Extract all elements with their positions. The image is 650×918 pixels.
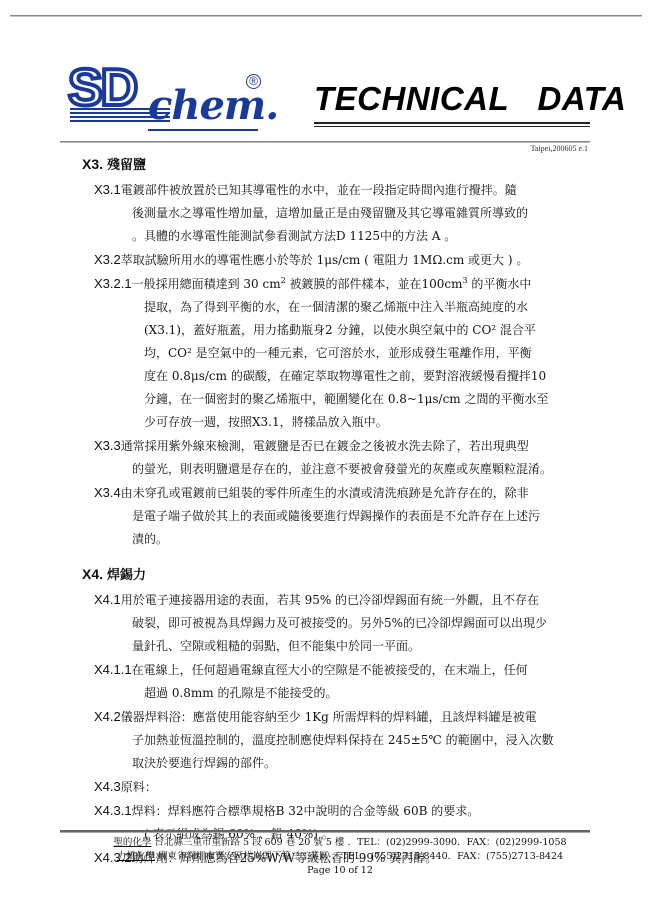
text-line: 。具體的水導電性能測試參看測試方法D 1125中的方法 A 。 xyxy=(94,225,602,248)
paragraph-x3-1: X3.1電鍍部件被放置於已知其導電性的水中，並在一段指定時間內進行攪拌。隨 後測… xyxy=(94,178,602,248)
registered-icon: ® xyxy=(246,74,261,89)
paragraph-x3-3: X3.3通常採用紫外線來檢測，電鍍鹽是否已在鍍金之後被水洗去除了，若出現典型 的… xyxy=(94,434,602,481)
text-line: 在電線上，任何超過電線直徑大小的空隙是不能被接受的，在末端上，任何 xyxy=(132,663,528,677)
company-name: 力橋化學 xyxy=(117,851,155,862)
text-line: 是電子端子做於其上的表面或隨後要進行焊錫操作的表面是不允許存在上述污 xyxy=(94,505,602,528)
company-name: 聖的化學 xyxy=(113,837,151,848)
company-address: 台北縣三重市重新路 5 段 609 巷 20 號 5 樓 xyxy=(151,837,347,848)
logo-chem-text: chem. xyxy=(148,82,278,129)
paragraph-x3-2-1: X3.2.1一般採用總面積達到 30 cm2 被鍍膜的部件樣本，並在100cm3… xyxy=(94,272,602,434)
section-title: 焊錫力 xyxy=(107,568,146,583)
text-line: 度在 0.8μs/cm 的碳酸，在確定萃取物導電性之前，要對溶液緩慢看攪拌10 xyxy=(94,365,602,388)
header-rule xyxy=(60,141,590,143)
section-heading-x3: X3.殘留鹽 xyxy=(82,154,602,178)
text-line: 破裂，即可被視為具焊錫力及可被接受的。另外5%的已冷卻焊錫面可以出現少 xyxy=(94,612,602,635)
clause-number: X4.3 xyxy=(94,779,121,794)
text-line: 漬的。 xyxy=(94,528,602,551)
text-line: 由未穿孔或電鍍前已組裝的零件所產生的水漬或清洗痕跡是允許存在的，除非 xyxy=(121,486,529,500)
text-line: 通常採用紫外線來檢測，電鍍鹽是否已在鍍金之後被水洗去除了，若出現典型 xyxy=(121,439,529,453)
clause-number: X3.2 xyxy=(94,252,121,267)
text-fragment: 被鍍膜的部件樣本，並在100cm xyxy=(286,277,463,291)
footer-rule xyxy=(60,830,590,833)
section-number: X4. xyxy=(82,566,103,582)
text-line: 分鐘，在一個密封的聚乙烯瓶中，範圍變化在 0.8~1μs/cm 之間的平衡水至 xyxy=(94,388,602,411)
text-line: 電鍍部件被放置於已知其導電性的水中，並在一段指定時間內進行攪拌。隨 xyxy=(121,183,517,197)
text-line: 儀器焊料浴：應當使用能容納至少 1Kg 所需焊料的焊料罐，且該焊料罐是被電 xyxy=(121,710,537,724)
clause-number: X4.1.1 xyxy=(94,662,132,677)
text-line: 量針孔、空隙或粗糙的弱點，但不能集中於同一平面。 xyxy=(94,635,602,658)
dateline: Taipei,200605 e.1 xyxy=(531,144,588,153)
section-title: 殘留鹽 xyxy=(107,158,146,173)
top-rule xyxy=(10,15,642,17)
text-line: 子加熱並恆溫控制的，溫度控制應使焊料保持在 245±5℃ 的範圍中，浸入次數 xyxy=(94,729,602,752)
clause-number: X4.1 xyxy=(94,592,121,607)
page-footer: 聖的化學 台北縣三重市重新路 5 段 609 巷 20 號 5 樓 ．TEL：(… xyxy=(60,836,620,878)
section-heading-x4: X4.焊錫力 xyxy=(82,564,602,588)
company-contact: ．TEL：(755)2713-8440．FAX：(755)2713-8424 xyxy=(332,851,563,862)
text-line: 均，CO² 是空氣中的一種元素，它可溶於水，並形成發生電離作用，平衡 xyxy=(94,342,602,365)
text-line: 提取，為了得到平衡的水，在一個清潔的聚乙烯瓶中注入半瓶高純度的水 xyxy=(94,296,602,319)
clause-number: X3.1 xyxy=(94,182,121,197)
section-gap xyxy=(82,551,602,564)
text-line: 焊料：焊料應符合標準規格B 32中說明的合金等級 60B 的要求。 xyxy=(132,804,480,818)
logo-underline xyxy=(148,129,258,131)
text-line: 原料： xyxy=(121,780,157,794)
text-fragment: 的平衡水中 xyxy=(468,277,532,291)
clause-number: X4.3.1 xyxy=(94,803,132,818)
footer-address-taipei: 聖的化學 台北縣三重市重新路 5 段 609 巷 20 號 5 樓 ．TEL：(… xyxy=(60,836,620,850)
text-line: 後測量水之導電性增加量，這增加量正是由殘留鹽及其它導電雜質所導致的 xyxy=(94,202,602,225)
section-number: X3. xyxy=(82,156,103,172)
logo-sd-mark: SD xyxy=(68,62,136,114)
text-line: (X3.1)，蓋好瓶蓋，用力搖動瓶身2 分鐘，以使水與空氣中的 CO² 混合平 xyxy=(94,319,602,342)
document-title: TECHNICAL DATA xyxy=(314,80,626,118)
clause-number: X4.2 xyxy=(94,709,121,724)
clause-number: X3.3 xyxy=(94,438,121,453)
paragraph-x4-3: X4.3原料： xyxy=(94,775,602,799)
clause-number: X3.2.1 xyxy=(94,276,132,291)
title-double-underline xyxy=(314,122,590,129)
paragraph-x3-2: X3.2萃取試驗所用水的導電性應小於等於 1μs/cm ( 電阻力 1MΩ.cm… xyxy=(94,248,602,272)
clause-number: X3.4 xyxy=(94,485,121,500)
document-body: X3.殘留鹽 X3.1電鍍部件被放置於已知其導電性的水中，並在一段指定時間內進行… xyxy=(82,154,602,870)
company-contact: ．TEL：(02)2999-3090．FAX：(02)2999-1058 xyxy=(347,837,566,848)
text-line: 用於電子連接器用途的表面，若其 95% 的已冷卻焊錫面有統一外觀，且不存在 xyxy=(121,593,539,607)
text-line: 的螢光，則表明鹽還是存在的，並注意不要被會發螢光的灰塵或灰塵顆粒混淆。 xyxy=(94,458,602,481)
company-address: 廣東省深圳市寶安區松崗朗下第三工業區 xyxy=(155,851,332,862)
paragraph-x4-1: X4.1用於電子連接器用途的表面，若其 95% 的已冷卻焊錫面有統一外觀，且不存… xyxy=(94,588,602,658)
text-line: 少可存放一週，按照X3.1，將樣品放入瓶中。 xyxy=(94,411,602,434)
text-fragment: 一般採用總面積達到 30 cm xyxy=(132,277,281,291)
paragraph-x4-2: X4.2儀器焊料浴：應當使用能容納至少 1Kg 所需焊料的焊料罐，且該焊料罐是被… xyxy=(94,705,602,775)
text-line: 萃取試驗所用水的導電性應小於等於 1μs/cm ( 電阻力 1MΩ.cm 或更大… xyxy=(121,253,529,267)
text-line: 取決於要進行焊錫的部件。 xyxy=(94,752,602,775)
text-line: 超過 0.8mm 的孔隙是不能接受的。 xyxy=(94,682,602,705)
paragraph-x4-1-1: X4.1.1在電線上，任何超過電線直徑大小的空隙是不能被接受的，在末端上，任何 … xyxy=(94,658,602,705)
paragraph-x3-4: X3.4由未穿孔或電鍍前已組裝的零件所產生的水漬或清洗痕跡是允許存在的，除非 是… xyxy=(94,481,602,551)
sdchem-logo: SD chem. ® xyxy=(68,60,268,132)
footer-address-shenzhen: 力橋化學 廣東省深圳市寶安區松崗朗下第三工業區 ．TEL：(755)2713-8… xyxy=(60,850,620,864)
page-number: Page 10 of 12 xyxy=(60,864,620,878)
